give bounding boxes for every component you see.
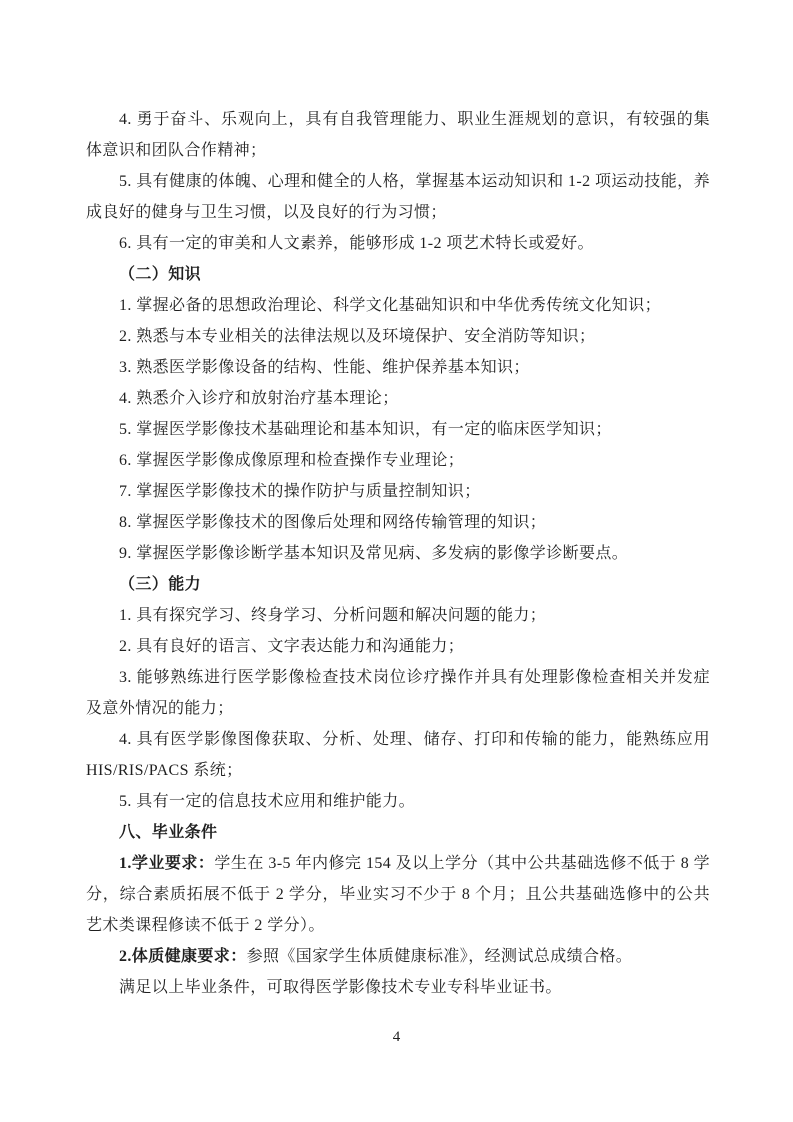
knowledge-item-4: 4. 熟悉介入诊疗和放射治疗基本理论； bbox=[86, 383, 710, 414]
knowledge-item-1: 1. 掌握必备的思想政治理论、科学文化基础知识和中华优秀传统文化知识； bbox=[86, 290, 710, 321]
paragraph-quality-4: 4. 勇于奋斗、乐观向上，具有自我管理能力、职业生涯规划的意识，有较强的集体意识… bbox=[86, 104, 710, 166]
paragraph-quality-5: 5. 具有健康的体魄、心理和健全的人格，掌握基本运动知识和 1-2 项运动技能，… bbox=[86, 166, 710, 228]
document-body: 4. 勇于奋斗、乐观向上，具有自我管理能力、职业生涯规划的意识，有较强的集体意识… bbox=[86, 104, 710, 1003]
ability-item-2: 2. 具有良好的语言、文字表达能力和沟通能力； bbox=[86, 631, 710, 662]
document-page: 4. 勇于奋斗、乐观向上，具有自我管理能力、职业生涯规划的意识，有较强的集体意识… bbox=[0, 0, 793, 1122]
graduation-academic-requirement: 1.学业要求：学生在 3-5 年内修完 154 及以上学分（其中公共基础选修不低… bbox=[86, 848, 710, 941]
ability-item-5: 5. 具有一定的信息技术应用和维护能力。 bbox=[86, 786, 710, 817]
ability-item-3: 3. 能够熟练进行医学影像检查技术岗位诊疗操作并具有处理影像检查相关并发症及意外… bbox=[86, 662, 710, 724]
graduation-closing-statement: 满足以上毕业条件，可取得医学影像技术专业专科毕业证书。 bbox=[86, 972, 710, 1003]
page-number: 4 bbox=[0, 1026, 793, 1048]
ability-item-4: 4. 具有医学影像图像获取、分析、处理、储存、打印和传输的能力，能熟练应用 HI… bbox=[86, 724, 710, 786]
graduation-health-requirement: 2.体质健康要求：参照《国家学生体质健康标准》，经测试总成绩合格。 bbox=[86, 941, 710, 972]
health-requirement-label: 2.体质健康要求： bbox=[119, 948, 247, 965]
knowledge-item-2: 2. 熟悉与本专业相关的法律法规以及环境保护、安全消防等知识； bbox=[86, 321, 710, 352]
knowledge-item-8: 8. 掌握医学影像技术的图像后处理和网络传输管理的知识； bbox=[86, 507, 710, 538]
knowledge-item-3: 3. 熟悉医学影像设备的结构、性能、维护保养基本知识； bbox=[86, 352, 710, 383]
health-requirement-text: 参照《国家学生体质健康标准》，经测试总成绩合格。 bbox=[247, 948, 633, 965]
section-heading-ability: （三）能力 bbox=[86, 569, 710, 600]
section-heading-graduation: 八、毕业条件 bbox=[86, 817, 710, 848]
academic-requirement-label: 1.学业要求： bbox=[119, 855, 214, 872]
knowledge-item-6: 6. 掌握医学影像成像原理和检查操作专业理论； bbox=[86, 445, 710, 476]
ability-item-1: 1. 具有探究学习、终身学习、分析问题和解决问题的能力； bbox=[86, 600, 710, 631]
knowledge-item-7: 7. 掌握医学影像技术的操作防护与质量控制知识； bbox=[86, 476, 710, 507]
knowledge-item-9: 9. 掌握医学影像诊断学基本知识及常见病、多发病的影像学诊断要点。 bbox=[86, 538, 710, 569]
section-heading-knowledge: （二）知识 bbox=[86, 259, 710, 290]
knowledge-item-5: 5. 掌握医学影像技术基础理论和基本知识，有一定的临床医学知识； bbox=[86, 414, 710, 445]
paragraph-quality-6: 6. 具有一定的审美和人文素养，能够形成 1-2 项艺术特长或爱好。 bbox=[86, 228, 710, 259]
